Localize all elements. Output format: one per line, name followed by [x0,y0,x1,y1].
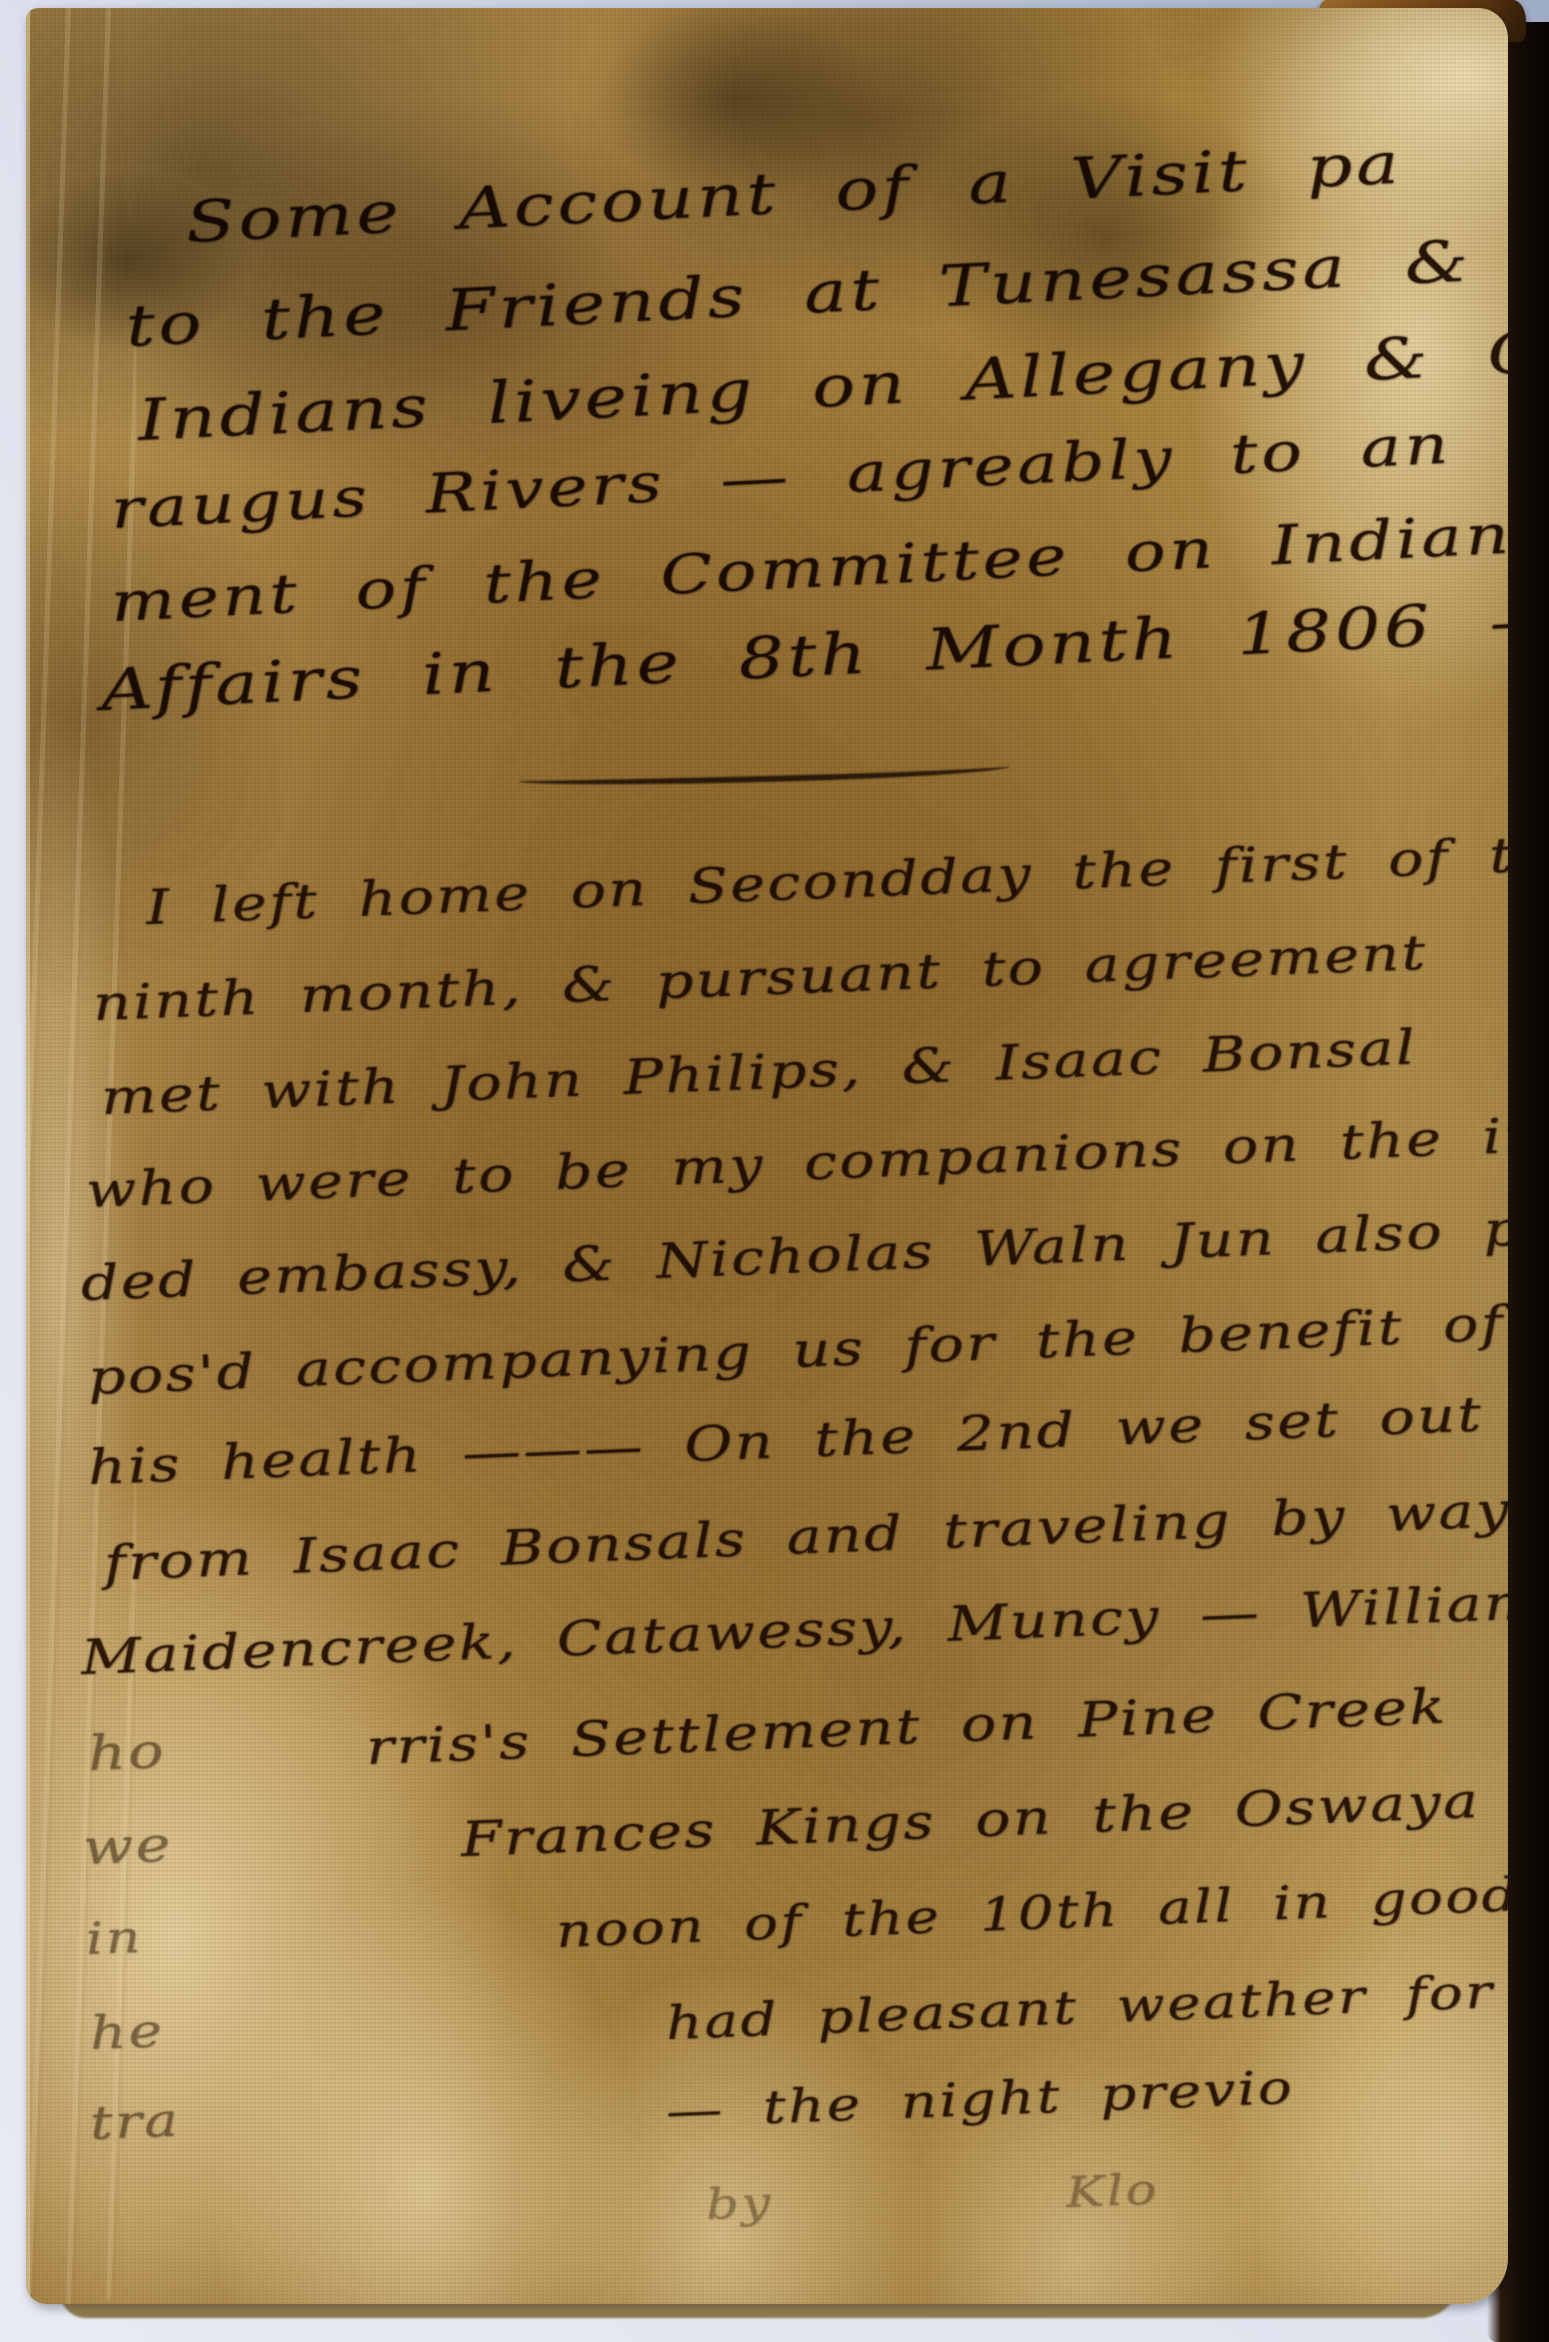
body-line-10-fragment-left: ho [87,1723,167,1782]
body-line-2: ninth month, & pursuant to agreement [92,925,1429,1032]
body-line-7: his health ——— On the 2nd we set out [87,1386,1484,1496]
body-line-11: Frances Kings on the Oswaya [460,1773,1481,1868]
body-line-9: Maidencreek, Catawessy, Muncy — Williams [80,1573,1508,1686]
body-line-14-fragment-left: tra [89,2093,181,2150]
manuscript-page: Some Account of a Visit pa to the Friend… [26,8,1508,2304]
body-line-15-fragment-right: Klo [1065,2164,1160,2217]
body-line-5: ded embassy, & Nicholas Waln Jun also pr… [80,1198,1508,1312]
body-line-6: pos'd accompanying us for the benefit of [87,1296,1506,1406]
body-line-3: met with John Philips, & Isaac Bonsal [100,1019,1418,1126]
body-line-13-fragment-left: he [89,2003,165,2060]
body-line-8: from Isaac Bonsals and traveling by way … [103,1478,1508,1592]
title-line-1: Some Account of a Visit pa [184,131,1403,256]
body-line-10: rris's Settlement on Pine Creek [365,1678,1448,1775]
body-line-12: noon of the 10th all in good [555,1867,1508,1958]
body-line-14: — the night previo [665,2060,1295,2138]
body-line-13: had pleasant weather for [665,1964,1495,2050]
body-line-15-fragment-left: by [705,2177,773,2229]
title-underline-flourish [518,758,1010,788]
manuscript-text: Some Account of a Visit pa to the Friend… [26,8,1508,2304]
body-line-11-fragment-left: we [82,1817,174,1876]
scanned-book-page: Some Account of a Visit pa to the Friend… [0,0,1549,2342]
body-line-1: I left home on Secondday the first of th… [145,824,1508,936]
body-line-12-fragment-left: in [85,1912,144,1965]
body-line-4: who were to be my companions on the inte… [85,1103,1508,1219]
